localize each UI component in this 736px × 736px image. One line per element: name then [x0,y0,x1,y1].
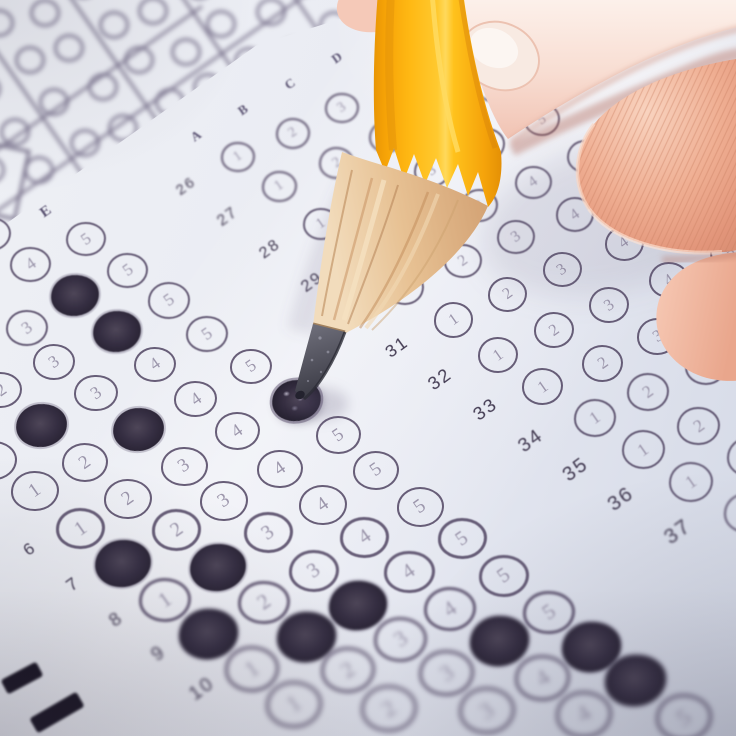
graphite-sparkle [311,359,314,362]
graphite-sparkle [318,336,321,339]
graphite-sparkle [327,351,330,354]
graphite-sparkle [320,371,322,373]
pencil-graphite [295,324,345,399]
pencil-wood [313,152,488,334]
pencil-left-shade [389,0,393,150]
graphite-sparkle [307,380,309,382]
pencil [0,0,736,736]
answer-sheet-photo-scene: ABCDEE 261234527123452812345291234530123… [0,0,736,736]
